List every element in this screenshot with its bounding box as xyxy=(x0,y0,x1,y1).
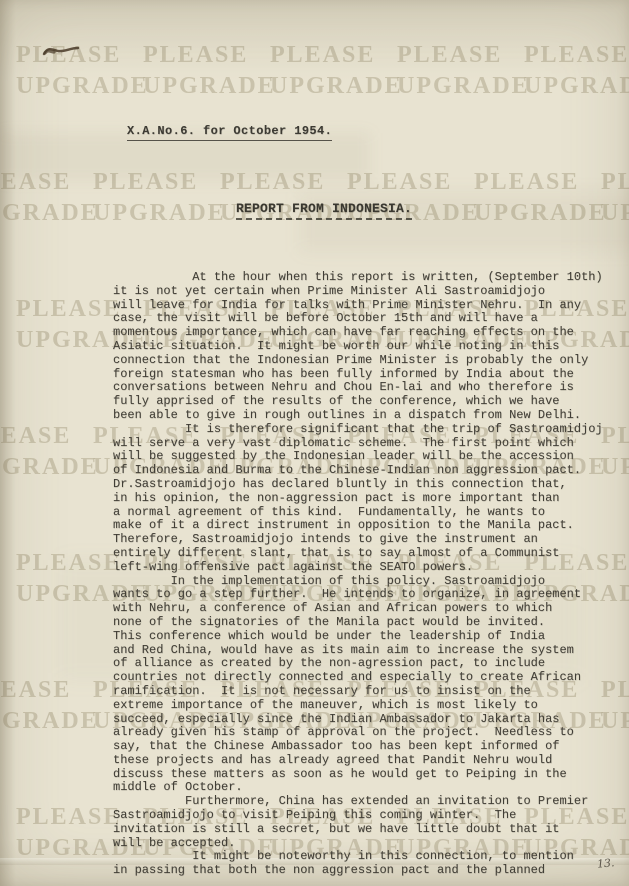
watermark-text: PLEASEUPGRADE xyxy=(601,421,629,483)
scan-shading-left xyxy=(0,0,16,886)
watermark-text: PLEASEUPGRADE xyxy=(397,40,530,102)
watermark-text: PLEASEUPGRADE xyxy=(524,40,629,102)
watermark-text: PLEASEUPGRADE xyxy=(143,40,276,102)
body-line: It is therefore significant that the tri… xyxy=(113,423,603,437)
body-line: ramification. It is not necessary for us… xyxy=(113,685,603,699)
body-line: been able to give in rough outlines in a… xyxy=(113,409,603,423)
body-line: these projects and has already agreed th… xyxy=(113,754,603,768)
body-line: countries not directly connected and esp… xyxy=(113,671,603,685)
body-line: case, the visit will be before October 1… xyxy=(113,312,603,326)
watermark-text: PLEASEUPGRADE xyxy=(601,167,629,229)
body-line: will leave for India for talks with Prim… xyxy=(113,299,603,313)
body-line: a normal agreement of this kind. Fundame… xyxy=(113,506,603,520)
body-line: middle of October. xyxy=(113,781,603,795)
page-number: 13. xyxy=(596,856,615,870)
body-line: connection that the Indonesian Prime Min… xyxy=(113,354,603,368)
body-line: invitation is still a secret, but we hav… xyxy=(113,823,603,837)
body-line: discuss these matters as soon as he woul… xyxy=(113,768,603,782)
body-line: Therefore, Sastroamidjojo intends to giv… xyxy=(113,533,603,547)
body-line: with Nehru, a conference of Asian and Af… xyxy=(113,602,603,616)
body-line: momentous importance, which can have far… xyxy=(113,326,603,340)
body-line: it is not yet certain when Prime Ministe… xyxy=(113,285,603,299)
body-line: none of the signatories of the Manila pa… xyxy=(113,616,603,630)
watermark-text: PLEASEUPGRADE xyxy=(0,167,99,229)
watermark-text: PLEASEUPGRADE xyxy=(0,675,99,737)
body-line: say, that the Chinese Ambassador too has… xyxy=(113,740,603,754)
document-title: REPORT FROM INDONESIA. xyxy=(236,201,412,220)
body-line: already given his stamp of approval on t… xyxy=(113,726,603,740)
watermark-text: PLEASEUPGRADE xyxy=(270,40,403,102)
watermark-text: PLEASEUPGRADE xyxy=(474,167,607,229)
body-line: make of it a direct instrument in opposi… xyxy=(113,519,603,533)
body-line: wants to go a step further. He intends t… xyxy=(113,588,603,602)
body-line: succeed, especially since the Indian Amb… xyxy=(113,713,603,727)
body-line: entirely different slant, that is to say… xyxy=(113,547,603,561)
watermark-text: PLEASEUPGRADE xyxy=(0,421,99,483)
body-line: fully apprised of the results of the con… xyxy=(113,395,603,409)
body-line: in his opinion, the non-aggression pact … xyxy=(113,492,603,506)
document-reference: X.A.No.6. for October 1954. xyxy=(127,124,332,141)
body-line: At the hour when this report is written,… xyxy=(113,271,603,285)
body-line: left-wing offensive pact against the SEA… xyxy=(113,561,603,575)
ink-mark-annotation xyxy=(42,40,82,62)
document-page: PLEASEUPGRADEPLEASEUPGRADEPLEASEUPGRADEP… xyxy=(0,0,629,886)
body-line: and Red China, would have as its main ai… xyxy=(113,644,603,658)
watermark-text: PLEASEUPGRADE xyxy=(16,40,149,102)
watermark-text: PLEASEUPGRADE xyxy=(93,167,226,229)
body-line: extreme importance of the maneuver, whic… xyxy=(113,699,603,713)
body-line: It might be noteworthy in this connectio… xyxy=(113,850,603,864)
watermark-text: PLEASEUPGRADE xyxy=(601,675,629,737)
body-line: This conference which would be under the… xyxy=(113,630,603,644)
body-line: of alliance as created by the non-agress… xyxy=(113,657,603,671)
document-body: At the hour when this report is written,… xyxy=(113,271,603,878)
body-line: will be accepted. xyxy=(113,837,603,851)
body-line: Dr.Sastroamidjojo has declared bluntly i… xyxy=(113,478,603,492)
body-line: in passing that both the non aggression … xyxy=(113,864,603,878)
body-line: foreign statesman who has been fully inf… xyxy=(113,368,603,382)
body-line: conversations between Nehru and Chou En-… xyxy=(113,381,603,395)
body-line: will serve a very vast diplomatic scheme… xyxy=(113,437,603,451)
body-line: Furthermore, China has extended an invit… xyxy=(113,795,603,809)
body-line: In the implementation of this policy. Sa… xyxy=(113,575,603,589)
scan-shading-top xyxy=(0,0,629,95)
body-line: will be suggested by the Indonesian lead… xyxy=(113,450,603,464)
body-line: of Indonesia and Burma to the Chinese-In… xyxy=(113,464,603,478)
body-line: Asiatic situation. It might be worth our… xyxy=(113,340,603,354)
body-line: Sastroamidjojo to visit Peiping this com… xyxy=(113,809,603,823)
